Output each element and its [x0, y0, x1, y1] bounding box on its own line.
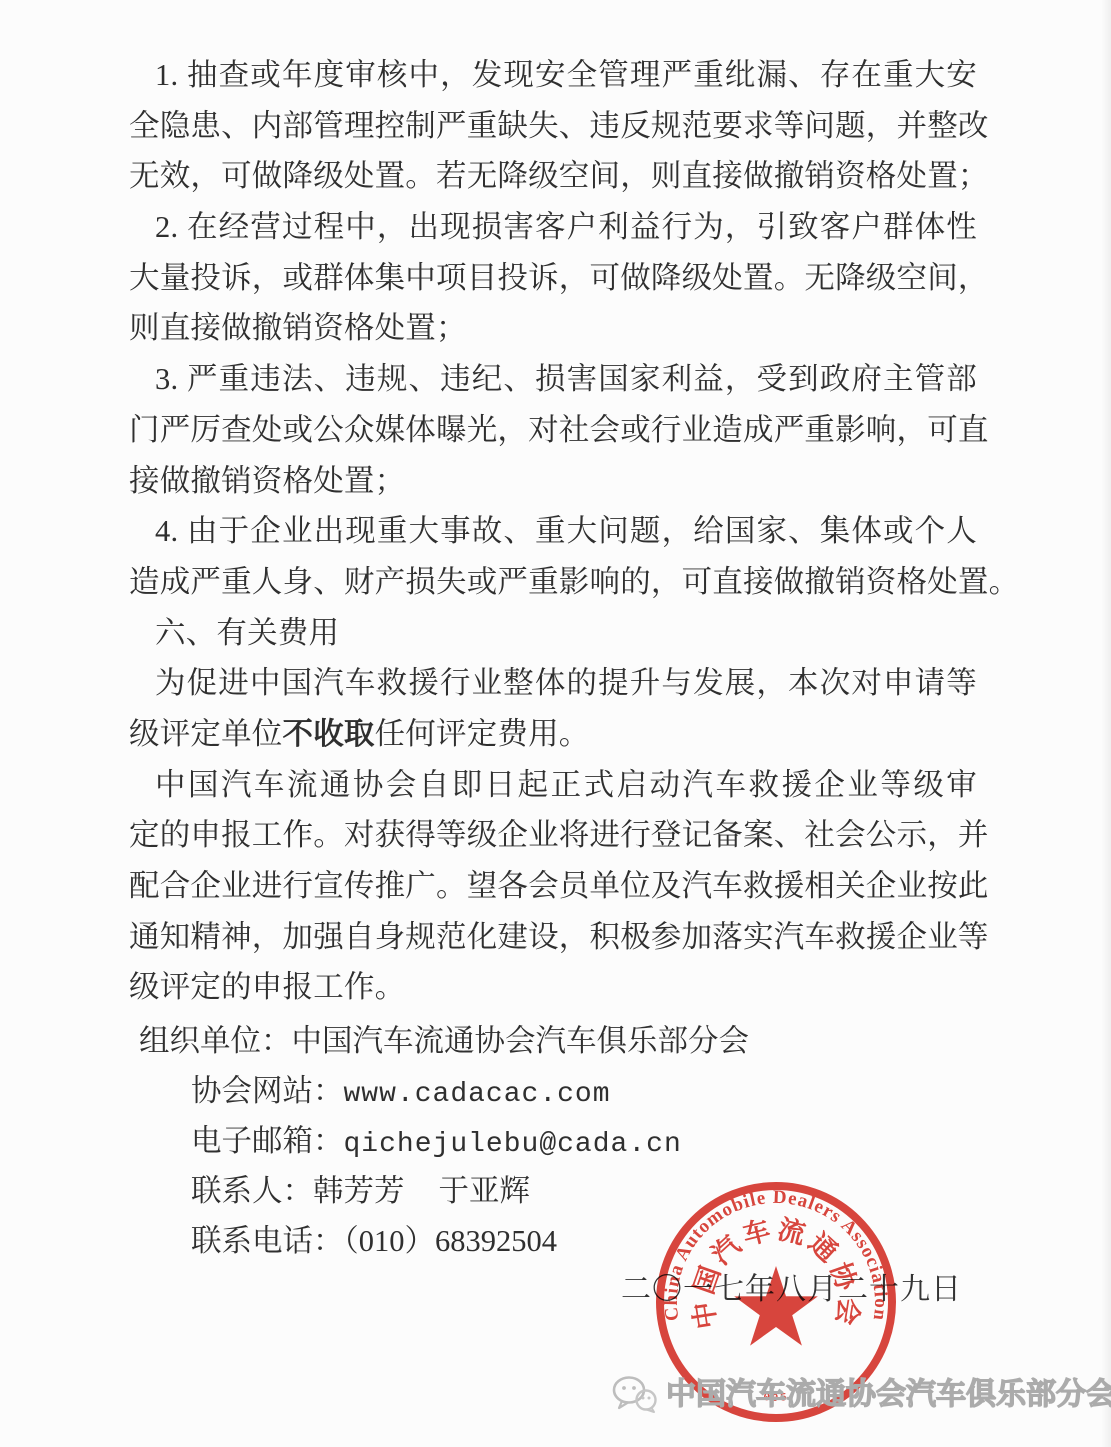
body-line: 4. 由于企业出现重大事故、重大问题，给国家、集体或个人: [129, 506, 977, 557]
body-line: 门严厉查处或公众媒体曝光，对社会或行业造成严重影响，可直: [129, 405, 977, 456]
scanned-document-page: 1. 抽查或年度审核中，发现安全管理严重纰漏、存在重大安 全隐患、内部管理控制严…: [0, 0, 1111, 1447]
body-line: 则直接做撤销资格处置；: [129, 303, 977, 354]
watermark: 中国汽车流通协会汽车俱乐部分会: [612, 1374, 1111, 1416]
section-heading: 六、有关费用: [129, 608, 977, 659]
wechat-icon: [612, 1375, 658, 1415]
body-line: 3. 严重违法、违规、违纪、损害国家利益，受到政府主管部: [129, 354, 977, 405]
body-line: 造成严重人身、财产损失或严重影响的，可直接做撤销资格处置。: [129, 557, 977, 608]
body-line: 大量投诉，或群体集中项目投诉，可做降级处置。无降级空间，: [129, 253, 977, 304]
website-url: www.cadacac.com: [344, 1079, 611, 1110]
body-line: 接做撤销资格处置；: [129, 456, 977, 507]
body-line: 通知精神，加强自身规范化建设，积极参加落实汽车救援企业等: [129, 912, 977, 963]
person-name: 韩芳芳: [313, 1174, 405, 1208]
email-address: qichejulebu@cada.cn: [344, 1129, 682, 1160]
fee-post: 任何评定费用。: [375, 717, 590, 751]
fee-bold-text: 不收取: [283, 717, 375, 751]
body-line: 无效，可做降级处置。若无降级空间，则直接做撤销资格处置；: [129, 151, 977, 202]
body-line: 为促进中国汽车救援行业整体的提升与发展，本次对申请等: [129, 658, 977, 709]
body-line: 全隐患、内部管理控制严重缺失、违反规范要求等问题，并整改: [129, 101, 977, 152]
body-line: 1. 抽查或年度审核中，发现安全管理严重纰漏、存在重大安: [129, 50, 977, 101]
email-label: 电子邮箱：: [191, 1124, 344, 1158]
stamp-star-icon: [734, 1266, 818, 1346]
fee-pre: 级评定单位: [129, 717, 283, 751]
document-body: 1. 抽查或年度审核中，发现安全管理严重纰漏、存在重大安 全隐患、内部管理控制严…: [129, 50, 977, 1013]
person-name: 于亚辉: [439, 1166, 531, 1216]
person-label: 联系人：: [191, 1174, 313, 1208]
fee-line: 级评定单位不收取任何评定费用。: [129, 709, 977, 760]
body-line: 2. 在经营过程中，出现损害客户利益行为，引致客户群体性: [129, 202, 977, 253]
body-line: 配合企业进行宣传推广。望各会员单位及汽车救援相关企业按此: [129, 861, 977, 912]
website-line: 协会网站：www.cadacac.com: [191, 1066, 749, 1116]
body-line: 定的申报工作。对获得等级企业将进行登记备案、社会公示，并: [129, 810, 977, 861]
body-line: 级评定的申报工作。: [129, 962, 977, 1013]
watermark-text: 中国汽车流通协会汽车俱乐部分会: [666, 1374, 1111, 1416]
organizer-line: 组织单位：中国汽车流通协会汽车俱乐部分会: [139, 1016, 749, 1066]
email-line: 电子邮箱：qichejulebu@cada.cn: [191, 1116, 749, 1166]
phone-number: （010）68392504: [344, 1224, 558, 1258]
body-line: 中国汽车流通协会自即日起正式启动汽车救援企业等级审: [129, 760, 977, 811]
phone-label: 联系电话：: [191, 1224, 344, 1258]
website-label: 协会网站：: [191, 1074, 344, 1108]
scan-edge-shadow: [1101, 0, 1111, 1447]
